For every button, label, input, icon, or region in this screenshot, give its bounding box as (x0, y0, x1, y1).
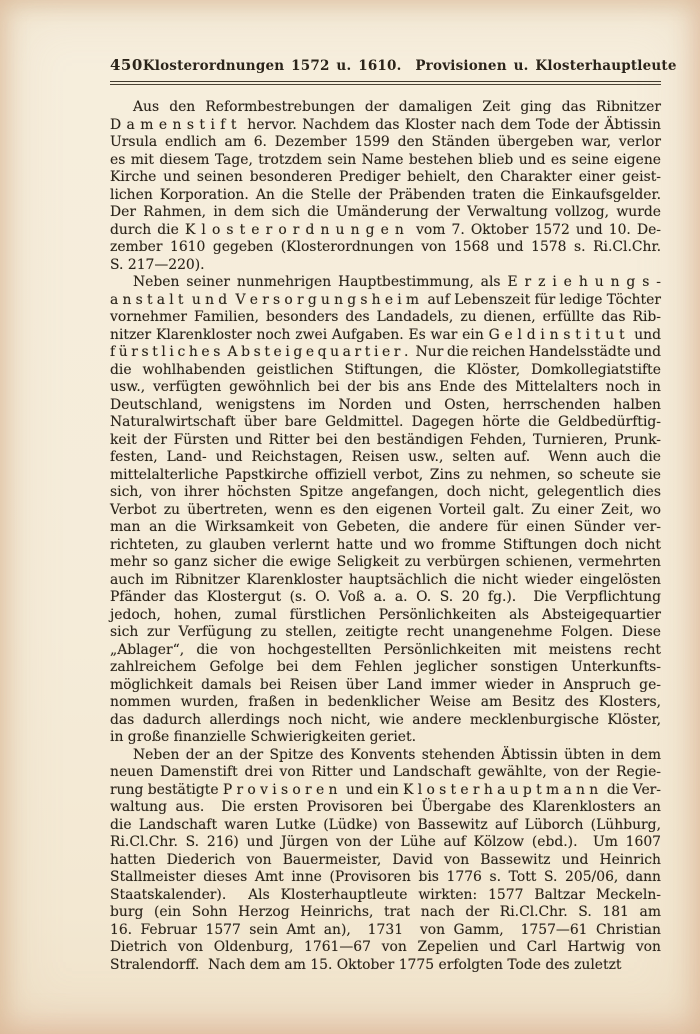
text-line: hatten Diederich von Bauermeister, David… (110, 852, 661, 870)
text-line: 16. Februar 1577 sein Amt an), 1731 von … (110, 922, 661, 940)
text-line: die Landschaft waren Lutke (Lüdke) von B… (110, 817, 661, 835)
header-double-rule (110, 81, 661, 85)
text-line: S. 217—220). (110, 257, 661, 275)
page-number: 450 (110, 56, 143, 74)
text-line: richteten, zu glauben verlernt hatte und… (110, 537, 661, 555)
scanned-book-page: 450 Klosterordnungen 1572 u. 1610. Provi… (0, 0, 700, 1034)
text-line: durch die K l o s t e r o r d n u n g e … (110, 222, 661, 240)
text-line: keit der Fürsten und Ritter bei den best… (110, 432, 661, 450)
text-line: vornehmer Familien, besonders des Landad… (110, 309, 661, 327)
text-line: Deutschland, wenigstens im Norden und Os… (110, 397, 661, 415)
text-line: es mit diesem Tage, trotzdem sein Name b… (110, 152, 661, 170)
text-line: Pfänder das Klostergut (s. O. Voß a. a. … (110, 589, 661, 607)
text-line: Neben seiner nunmehrigen Hauptbestimmung… (110, 274, 661, 292)
text-line: „Ablager“, die von hochgestellten Persön… (110, 642, 661, 660)
text-line: mittelalterliche Papstkirche offiziell v… (110, 467, 661, 485)
paragraph: Neben der an der Spitze des Konvents ste… (110, 747, 661, 975)
text-line: mehr so ganz sicher die ewige Seligkeit … (110, 554, 661, 572)
text-line: Stallmeister dieses Amt inne (Provisoren… (110, 869, 661, 887)
text-line: nommen wurden, fraßen in bedenklicher We… (110, 694, 661, 712)
page-header: 450 Klosterordnungen 1572 u. 1610. Provi… (110, 56, 661, 76)
text-line: in große finanzielle Schwierigkeiten ger… (110, 729, 661, 747)
text-line: Aus den Reformbestrebungen der damaligen… (110, 99, 661, 117)
text-line: jedoch, hohen, zumal fürstlichen Persönl… (110, 607, 661, 625)
text-line: sich zur Verfügung zu stellen, zeitigte … (110, 624, 661, 642)
text-line: Verbot zu übertreten, wenn es den eigene… (110, 502, 661, 520)
running-title: Klosterordnungen 1572 u. 1610. Provision… (143, 58, 677, 74)
text-line: waltung aus. Die ersten Provisoren bei Ü… (110, 799, 661, 817)
text-line: D a m e n s t i f t hervor. Nachdem das … (110, 117, 661, 135)
text-line: neuen Damenstift drei von Ritter und Lan… (110, 764, 661, 782)
text-line: Neben der an der Spitze des Konvents ste… (110, 747, 661, 765)
text-line: Ursula endlich am 6. Dezember 1599 den S… (110, 134, 661, 152)
text-line: Ri.Cl.Chr. S. 216) und Jürgen von der Lü… (110, 834, 661, 852)
text-line: f ü r s t l i c h e s A b s t e i g e q … (110, 344, 661, 362)
paragraph: Aus den Reformbestrebungen der damaligen… (110, 99, 661, 274)
text-line: zahlreichem Gefolge bei dem Fehlen jegli… (110, 659, 661, 677)
text-line: a n s t a l t u n d V e r s o r g u n g … (110, 292, 661, 310)
text-line: sich, von ihrer höchsten Spitze angefang… (110, 484, 661, 502)
text-line: burg (ein Sohn Herzog Heinrichs, trat na… (110, 904, 661, 922)
text-line: möglichkeit damals bei Reisen über Land … (110, 677, 661, 695)
text-line: Dietrich von Oldenburg, 1761—67 von Zepe… (110, 939, 661, 957)
text-line: auch im Ribnitzer Klarenkloster hauptsäc… (110, 572, 661, 590)
text-line: Kirche und seinen besonderen Prediger be… (110, 169, 661, 187)
text-line: man an die Wirksamkeit von Gebeten, die … (110, 519, 661, 537)
text-line: rung bestätigte P r o v i s o r e n und … (110, 782, 661, 800)
text-line: nitzer Klarenkloster noch zwei Aufgaben.… (110, 327, 661, 345)
text-line: das dadurch allerdings noch nicht, wie a… (110, 712, 661, 730)
page-body: Aus den Reformbestrebungen der damaligen… (110, 99, 661, 974)
text-line: die wohlhabenden geistlichen Stiftungen,… (110, 362, 661, 380)
text-line: usw., verfügten gewöhnlich bei der bis a… (110, 379, 661, 397)
text-line: Naturalwirtschaft über bare Geldmittel. … (110, 414, 661, 432)
text-line: Stralendorff. Nach dem am 15. Oktober 17… (110, 957, 661, 975)
text-line: zember 1610 gegeben (Klosterordnungen vo… (110, 239, 661, 257)
paragraph: Neben seiner nunmehrigen Hauptbestimmung… (110, 274, 661, 747)
text-line: lichen Korporation. An die Stelle der Pr… (110, 187, 661, 205)
text-line: Der Rahmen, in dem sich die Umänderung d… (110, 204, 661, 222)
text-line: Staatskalender). Als Klosterhauptleute w… (110, 887, 661, 905)
text-line: festen, Land- und Reichstagen, Reisen us… (110, 449, 661, 467)
